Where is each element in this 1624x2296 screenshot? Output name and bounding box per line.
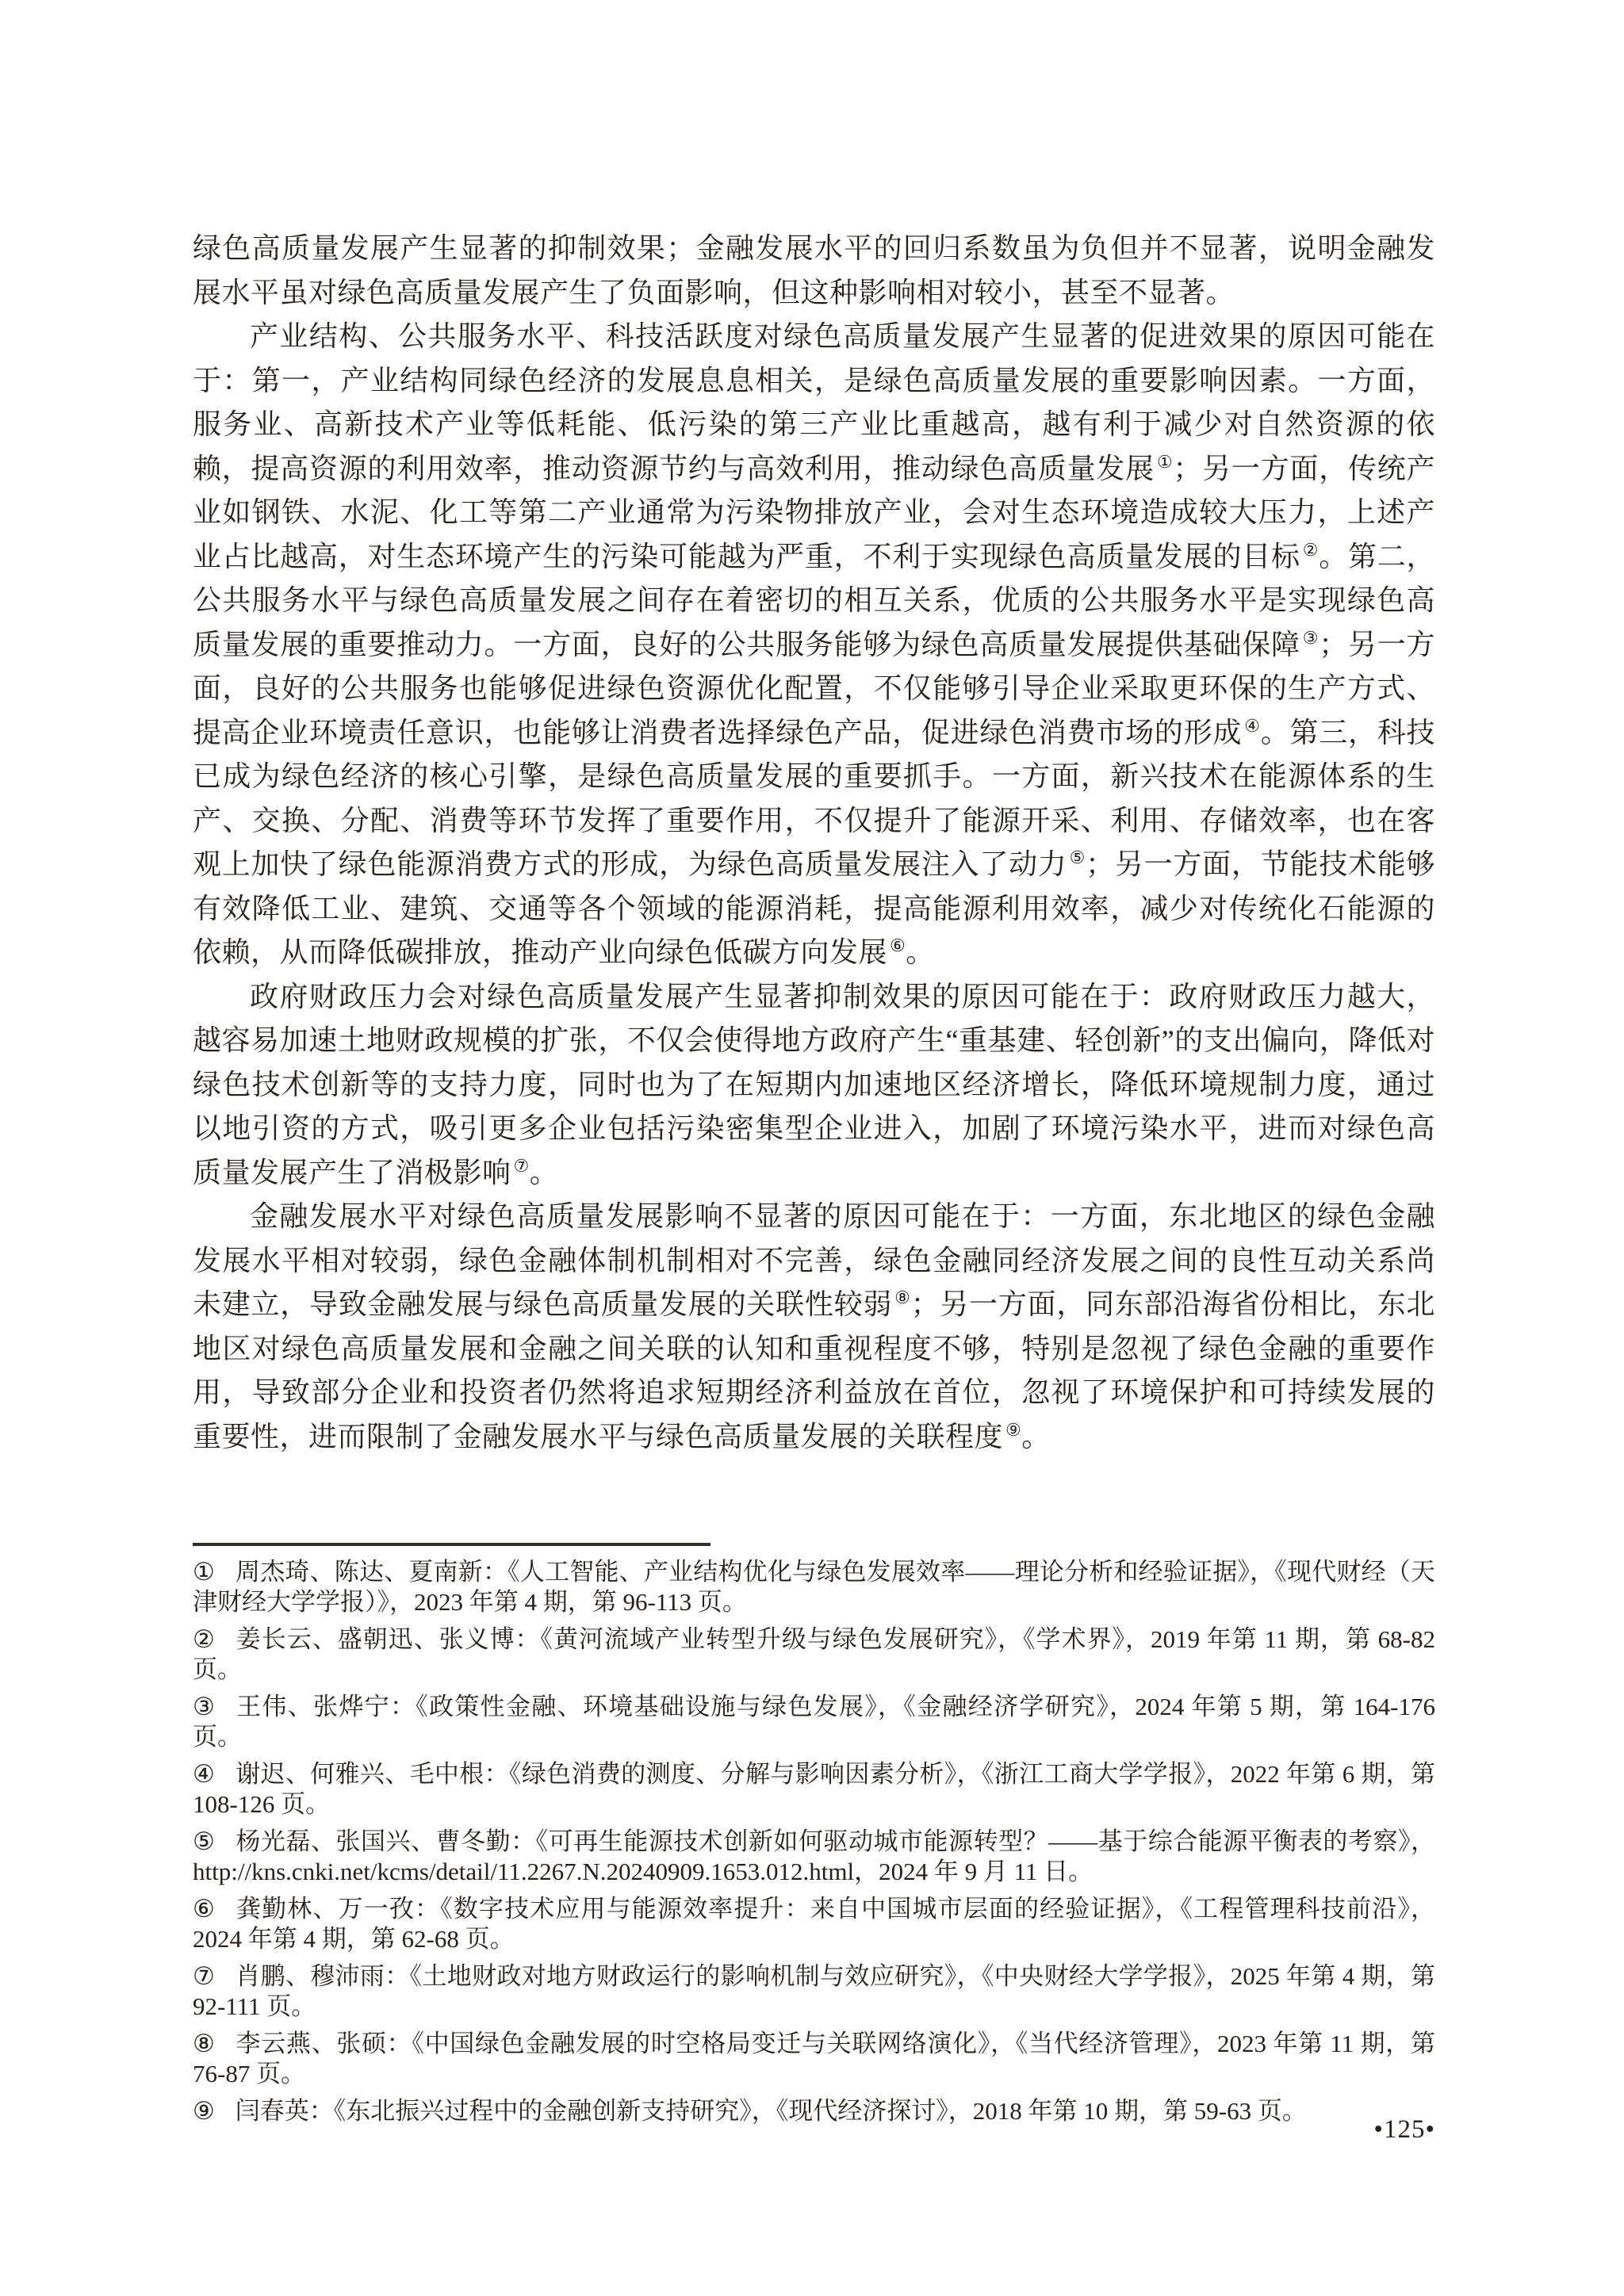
footnote-ref-1: ① [1157,452,1173,472]
footnote-text: 姜长云、盛朝迅、张义博：《黄河流域产业转型升级与绿色发展研究》，《学术界》，20… [193,1625,1435,1683]
footnote-marker: ⑥ [193,1895,216,1923]
paragraph-text: 政府财政压力会对绿色高质量发展产生显著抑制效果的原因可能在于：政府财政压力越大，… [193,981,1435,1188]
footnote-text: 肖鹏、穆沛雨：《土地财政对地方财政运行的影响机制与效应研究》，《中央财经大学学报… [193,1962,1435,2020]
footnote-item: ②姜长云、盛朝迅、张义博：《黄河流域产业转型升级与绿色发展研究》，《学术界》，2… [193,1624,1435,1685]
footnote-text: 龚勤林、万一孜：《数字技术应用与能源效率提升：来自中国城市层面的经验证据》，《工… [193,1895,1435,1953]
footnote-marker: ④ [193,1760,215,1788]
body-paragraph-4: 金融发展水平对绿色高质量发展影响不显著的原因可能在于：一方面，东北地区的绿色金融… [193,1195,1435,1459]
footnote-item: ⑨闫春英：《东北振兴过程中的金融创新支持研究》，《现代经济探讨》，2018 年第… [193,2096,1435,2126]
footnote-ref-7: ⑦ [514,1156,530,1176]
footnote-text: 谢迟、何雅兴、毛中根：《绿色消费的测度、分解与影响因素分析》，《浙江工商大学学报… [193,1760,1435,1818]
page: 绿色高质量发展产生显著的抑制效果；金融发展水平的回归系数虽为负但并不显著，说明金… [0,0,1624,2296]
paragraph-text: 。 [1021,1421,1051,1452]
footnote-marker: ⑧ [193,2030,216,2057]
footnote-ref-9: ⑨ [1005,1420,1021,1440]
footnote-text: 李云燕、张硕：《中国绿色金融发展的时空格局变迁与关联网络演化》，《当代经济管理》… [193,2030,1435,2087]
footnote-item: ③王伟、张烨宁：《政策性金融、环境基础设施与绿色发展》，《金融经济学研究》，20… [193,1692,1435,1752]
body-paragraph-2: 产业结构、公共服务水平、科技活跃度对绿色高质量发展产生显著的促进效果的原因可能在… [193,315,1435,975]
footnotes-section: ①周杰琦、陈达、夏南新：《人工智能、产业结构优化与绿色发展效率——理论分析和经验… [193,1557,1435,2126]
article-body: 绿色高质量发展产生显著的抑制效果；金融发展水平的回归系数虽为负但并不显著，说明金… [193,227,1435,1459]
body-paragraph-3: 政府财政压力会对绿色高质量发展产生显著抑制效果的原因可能在于：政府财政压力越大，… [193,975,1435,1196]
footnote-ref-5: ⑤ [1070,848,1086,867]
footnote-marker: ② [193,1625,216,1653]
footnote-ref-2: ② [1303,540,1319,560]
footnote-ref-8: ⑧ [894,1288,910,1307]
footnote-text: 闫春英：《东北振兴过程中的金融创新支持研究》，《现代经济探讨》，2018 年第 … [236,2097,1307,2125]
footnote-item: ⑤杨光磊、张国兴、曹冬勤：《可再生能源技术创新如何驱动城市能源转型？——基于综合… [193,1827,1435,1887]
page-number: •125• [1373,2115,1435,2145]
footnote-separator [193,1543,710,1546]
footnote-item: ⑥龚勤林、万一孜：《数字技术应用与能源效率提升：来自中国城市层面的经验证据》，《… [193,1894,1435,1954]
footnote-text: 杨光磊、张国兴、曹冬勤：《可再生能源技术创新如何驱动城市能源转型？——基于综合能… [193,1827,1435,1885]
footnote-item: ①周杰琦、陈达、夏南新：《人工智能、产业结构优化与绿色发展效率——理论分析和经验… [193,1557,1435,1617]
footnote-marker: ① [193,1558,215,1586]
footnote-marker: ⑦ [193,1962,215,1990]
body-paragraph-1: 绿色高质量发展产生显著的抑制效果；金融发展水平的回归系数虽为负但并不显著，说明金… [193,227,1435,315]
footnote-item: ⑦肖鹏、穆沛雨：《土地财政对地方财政运行的影响机制与效应研究》，《中央财经大学学… [193,1961,1435,2022]
footnote-text: 王伟、张烨宁：《政策性金融、环境基础设施与绿色发展》，《金融经济学研究》，202… [193,1693,1435,1751]
footnote-marker: ⑨ [193,2097,215,2125]
footnote-ref-3: ③ [1303,628,1319,648]
footnote-ref-4: ④ [1244,716,1260,736]
paragraph-text: 绿色高质量发展产生显著的抑制效果；金融发展水平的回归系数虽为负但并不显著，说明金… [193,232,1435,308]
footnote-ref-6: ⑥ [890,936,906,955]
paragraph-text: 。 [906,936,935,968]
footnote-text: 周杰琦、陈达、夏南新：《人工智能、产业结构优化与绿色发展效率——理论分析和经验证… [193,1558,1435,1616]
paragraph-text: 。 [530,1157,559,1188]
footnote-item: ④谢迟、何雅兴、毛中根：《绿色消费的测度、分解与影响因素分析》，《浙江工商大学学… [193,1759,1435,1820]
footnote-marker: ③ [193,1693,216,1720]
footnote-marker: ⑤ [193,1827,215,1855]
footnote-item: ⑧李云燕、张硕：《中国绿色金融发展的时空格局变迁与关联网络演化》，《当代经济管理… [193,2029,1435,2089]
